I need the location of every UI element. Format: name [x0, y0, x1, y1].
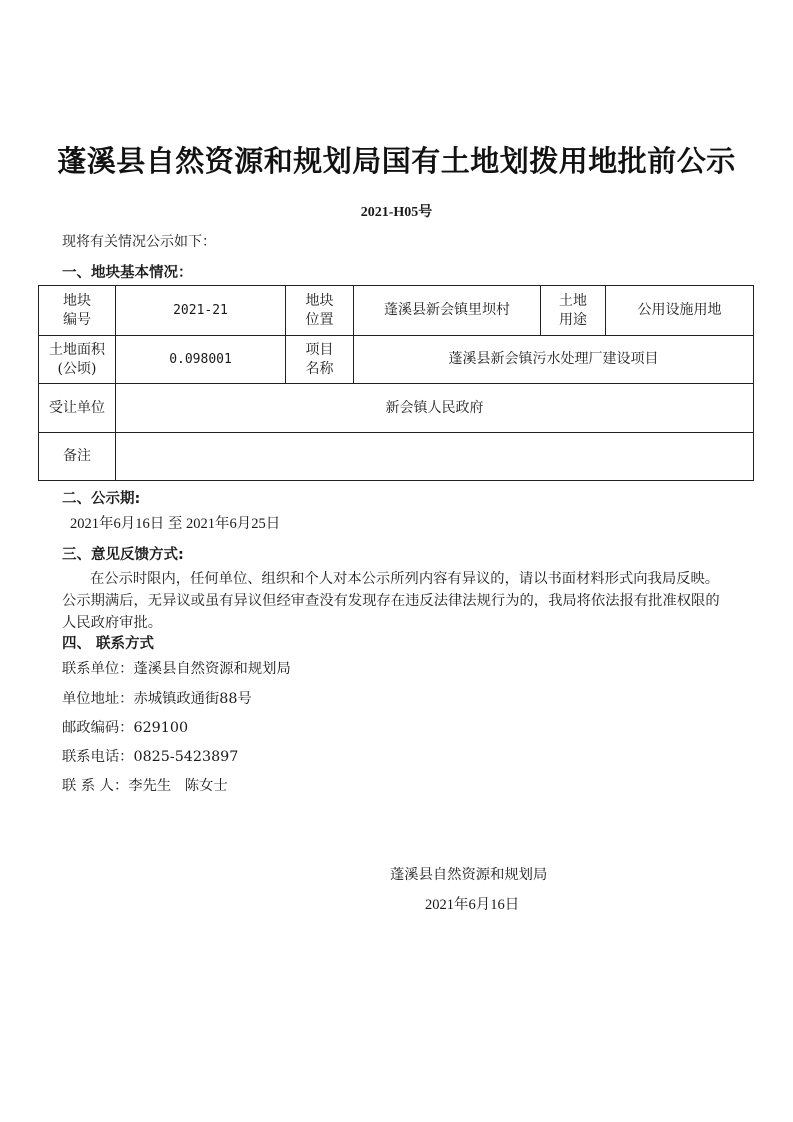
location-label: 地块 位置: [286, 286, 354, 336]
signature-organization: 蓬溪县自然资源和规划局: [390, 864, 547, 884]
section1-heading: 一、地块基本情况：: [62, 261, 193, 282]
label-line: 地块: [39, 292, 115, 311]
label-line: 用途: [541, 311, 605, 330]
section4-heading: 四、 联系方式: [62, 632, 154, 653]
label-line: (公顷): [39, 360, 115, 379]
label-line: 地块: [286, 292, 353, 311]
contact-address: 单位地址：赤城镇政通街88号: [62, 689, 252, 709]
transferee-label: 受让单位: [39, 384, 116, 433]
contact-unit: 联系单位：蓬溪县自然资源和规划局: [62, 659, 291, 679]
parcel-no-value: 2021-21: [116, 286, 286, 336]
label-line: 编号: [39, 311, 115, 330]
label-line: 名称: [286, 360, 353, 379]
contact-postcode: 邮政编码：629100: [62, 718, 188, 738]
area-value: 0.098001: [116, 336, 286, 384]
land-info-table: 地块 编号 2021-21 地块 位置 蓬溪县新会镇里坝村 土地 用途 公用设施…: [38, 285, 754, 481]
area-label: 土地面积 (公顷): [39, 336, 116, 384]
table-row: 地块 编号 2021-21 地块 位置 蓬溪县新会镇里坝村 土地 用途 公用设施…: [39, 286, 754, 336]
usage-value: 公用设施用地: [606, 286, 754, 336]
section2-heading: 二、公示期:: [62, 487, 140, 508]
intro-text: 现将有关情况公示如下：: [62, 232, 216, 252]
project-label: 项目 名称: [286, 336, 354, 384]
feedback-paragraph: 在公示时限内，任何单位、组织和个人对本公示所列内容有异议的，请以书面材料形式向我…: [62, 568, 722, 634]
label-line: 土地面积: [39, 341, 115, 360]
contact-person: 联 系 人：李先生 陈女士: [62, 776, 228, 796]
publicity-period: 2021年6月16日 至 2021年6月25日: [70, 514, 280, 534]
remarks-label: 备注: [39, 433, 116, 481]
document-number: 2021-H05号: [0, 201, 793, 221]
parcel-no-label: 地块 编号: [39, 286, 116, 336]
signature-date: 2021年6月16日: [425, 893, 519, 914]
location-value: 蓬溪县新会镇里坝村: [354, 286, 541, 336]
label-line: 项目: [286, 341, 353, 360]
project-value: 蓬溪县新会镇污水处理厂建设项目: [354, 336, 754, 384]
table-row: 受让单位 新会镇人民政府: [39, 384, 754, 433]
remarks-value: [116, 433, 754, 481]
usage-label: 土地 用途: [541, 286, 606, 336]
document-title: 蓬溪县自然资源和规划局国有土地划拨用地批前公示: [0, 139, 793, 180]
label-line: 位置: [286, 311, 353, 330]
table-row: 备注: [39, 433, 754, 481]
table-row: 土地面积 (公顷) 0.098001 项目 名称 蓬溪县新会镇污水处理厂建设项目: [39, 336, 754, 384]
section3-heading: 三、意见反馈方式:: [62, 543, 184, 564]
contact-phone: 联系电话：0825-5423897: [62, 747, 238, 767]
label-line: 土地: [541, 292, 605, 311]
transferee-value: 新会镇人民政府: [116, 384, 754, 433]
